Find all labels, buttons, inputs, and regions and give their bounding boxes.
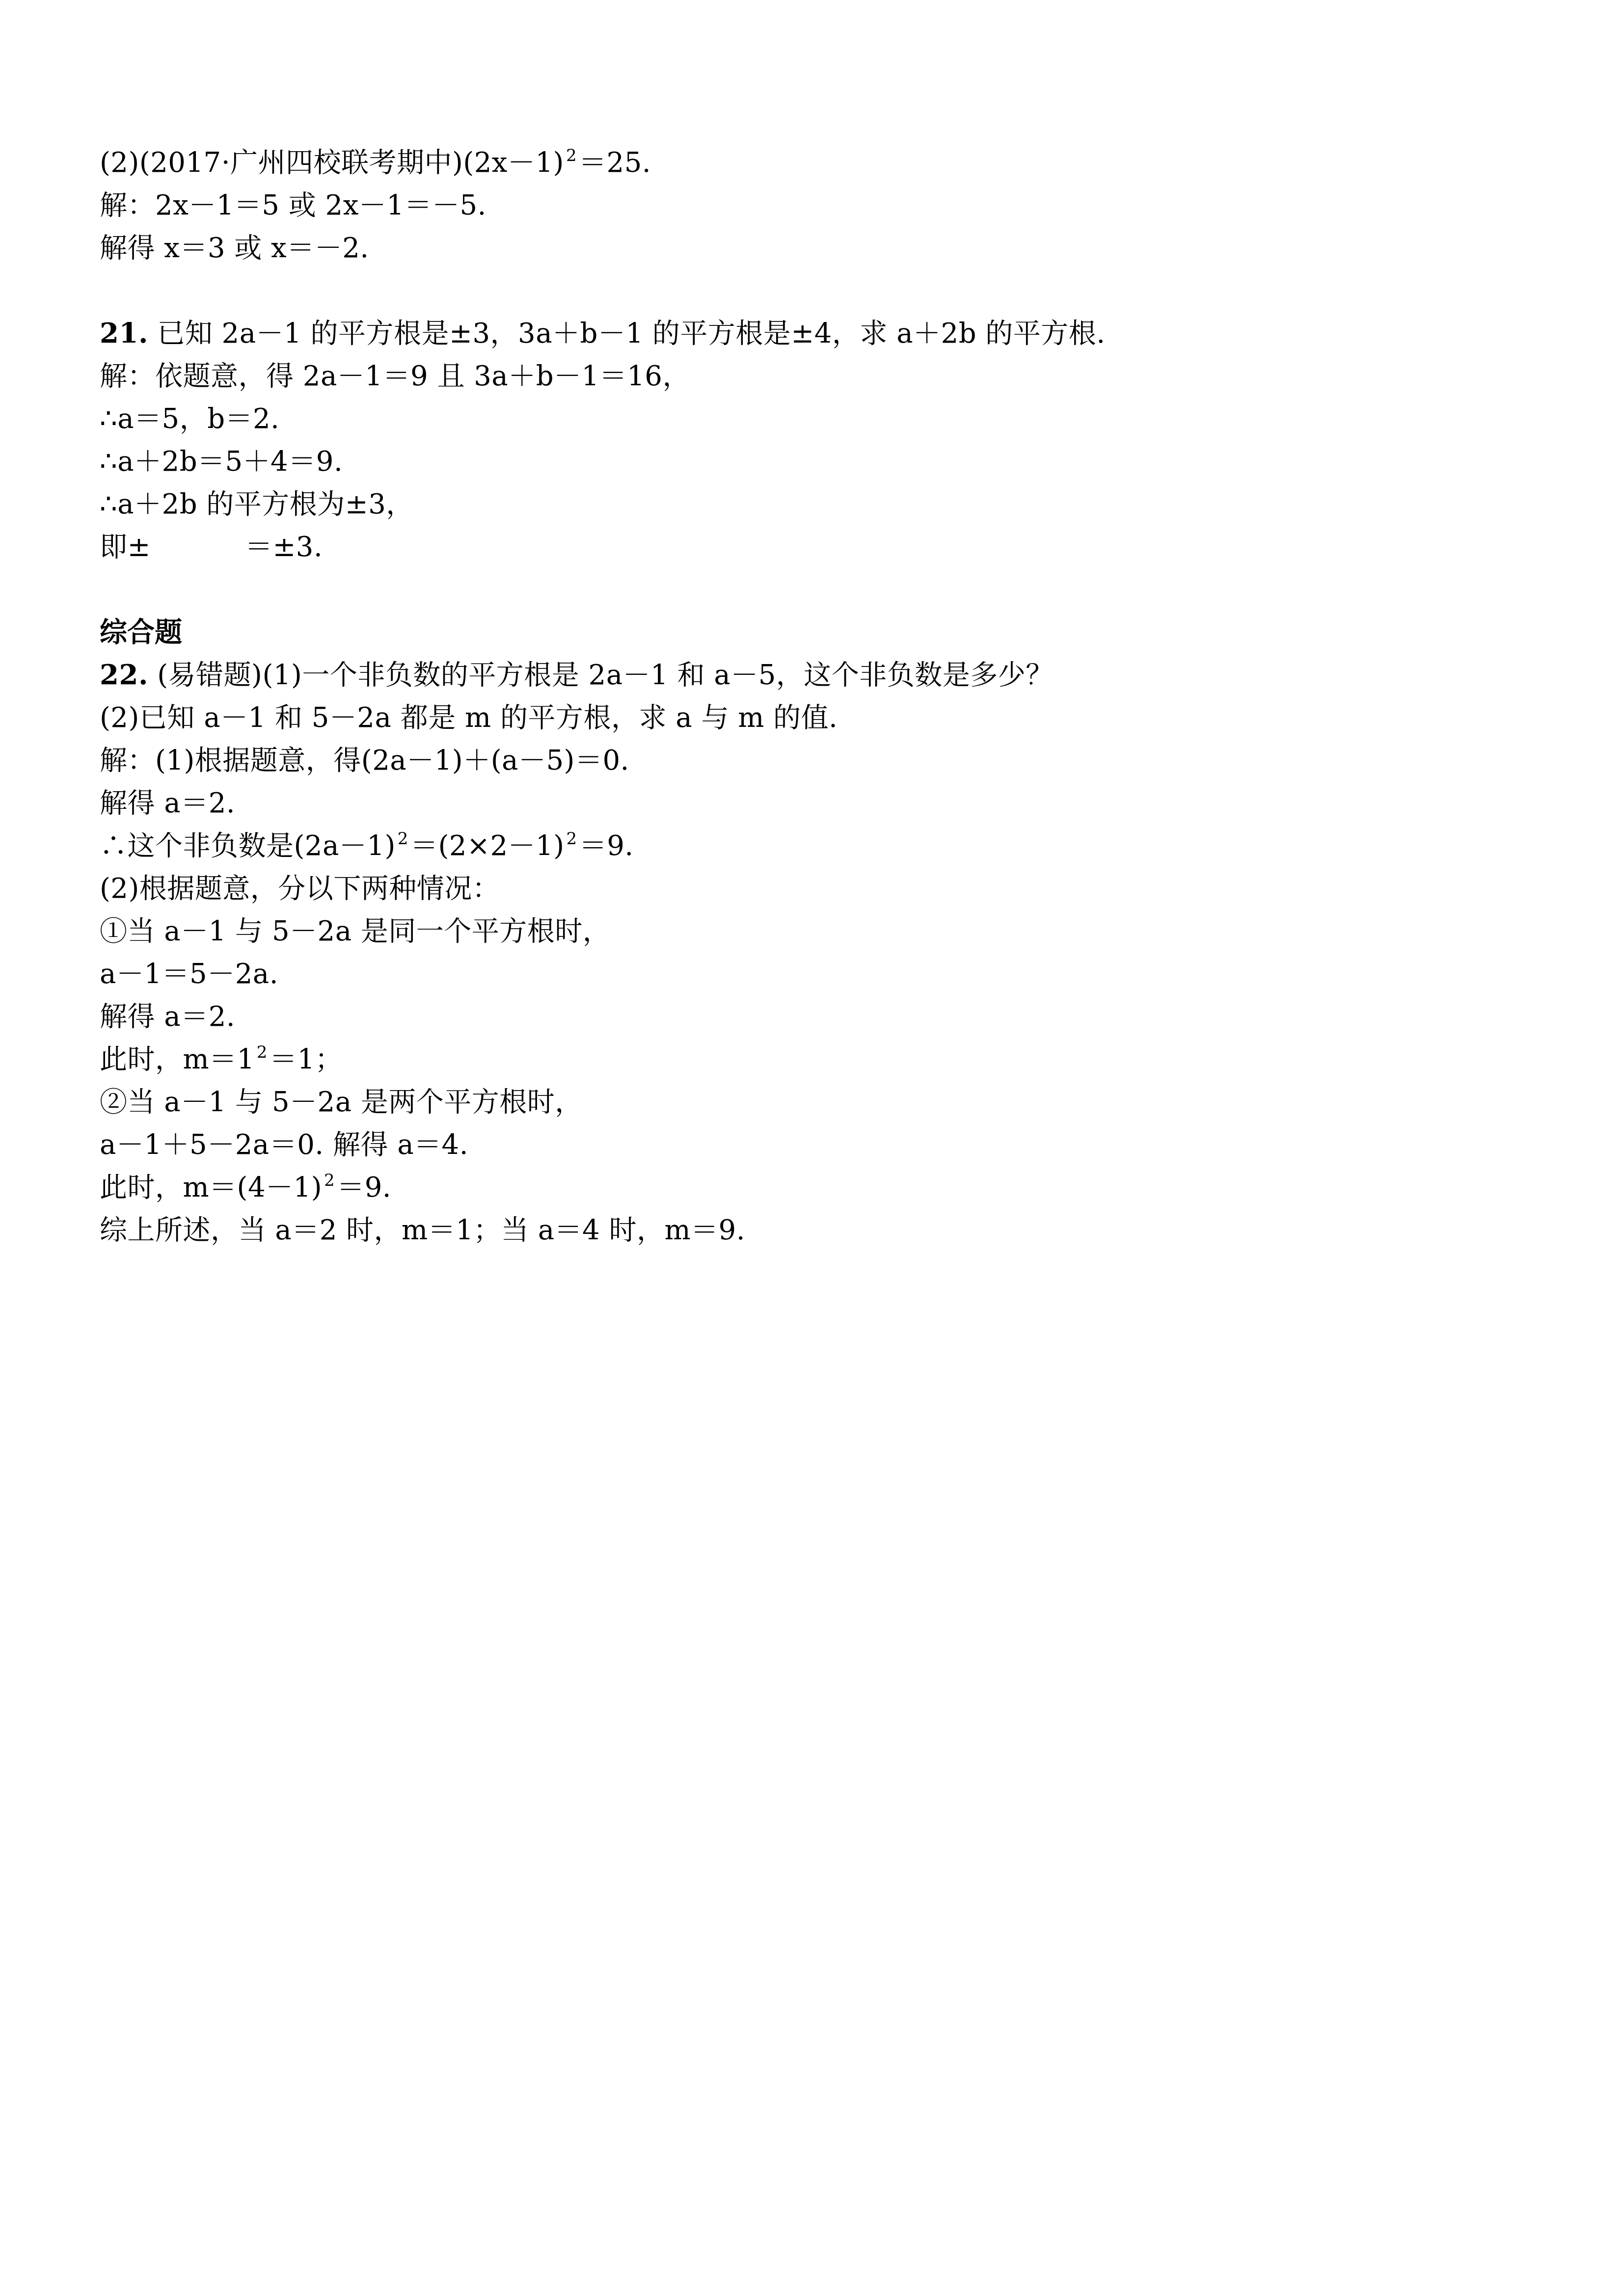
equation-text: ＝(2×2－1) (410, 830, 565, 862)
spacer (100, 568, 1523, 611)
equation-text: 此时，m＝1 (100, 1043, 255, 1075)
exponent: 2 (396, 829, 410, 849)
solution-line: 解得 x＝3 或 x＝－2. (100, 227, 1523, 269)
document-page: (2)(2017·广州四校联考期中)(2x－1)2＝25. 解：2x－1＝5 或… (0, 0, 1624, 2296)
final-pre: 即± (100, 531, 151, 563)
case-1-line: a－1＝5－2a. (100, 953, 1523, 995)
equation-text: (2)(2017·广州四校联考期中)(2x－1) (100, 147, 564, 179)
equation-text: ＝1； (270, 1043, 343, 1075)
equation-text: ＝9. (579, 830, 634, 862)
exponent: 2 (322, 1171, 337, 1190)
solution-line: ∴a＋2b 的平方根为±3， (100, 483, 1523, 526)
solution-line: ∴a＝5，b＝2. (100, 398, 1523, 440)
solution-line: 解得 a＝2. (100, 782, 1523, 825)
exponent: 2 (255, 1042, 270, 1062)
spacer (100, 269, 1523, 312)
case-2-line: a－1＋5－2a＝0. 解得 a＝4. (100, 1123, 1523, 1166)
problem-21-statement: 21. 已知 2a－1 的平方根是±3，3a＋b－1 的平方根是±4，求 a＋2… (100, 312, 1523, 355)
exponent: 2 (565, 829, 579, 849)
equation-text: 此时，m＝(4－1) (100, 1172, 322, 1203)
solution-line: ∴这个非负数是(2a－1)2＝(2×2－1)2＝9. (100, 825, 1523, 867)
equation-text: ＝9. (337, 1172, 391, 1203)
case-2-line: ②当 a－1 与 5－2a 是两个平方根时， (100, 1081, 1523, 1123)
problem-number: 22. (100, 659, 148, 691)
problem-text: (易错题)(1)一个非负数的平方根是 2a－1 和 a－5，这个非负数是多少？ (148, 659, 1054, 691)
case-1-line: ①当 a－1 与 5－2a 是同一个平方根时， (100, 910, 1523, 953)
equation-text: ＝25. (579, 147, 651, 179)
problem-number: 21. (100, 317, 148, 349)
equation-text: ∴这个非负数是(2a－1) (100, 830, 396, 862)
document-content: (2)(2017·广州四校联考期中)(2x－1)2＝25. 解：2x－1＝5 或… (100, 141, 1523, 1252)
problem-22-statement: 22. (易错题)(1)一个非负数的平方根是 2a－1 和 a－5，这个非负数是… (100, 654, 1523, 696)
solution-final-line: 即±＝±3. (100, 526, 1523, 568)
final-post: ＝±3. (245, 531, 323, 563)
exponent: 2 (564, 146, 579, 165)
case-1-line: 解得 a＝2. (100, 995, 1523, 1038)
problem-22-part2: (2)已知 a－1 和 5－2a 都是 m 的平方根，求 a 与 m 的值. (100, 696, 1523, 739)
solution-line: 解：2x－1＝5 或 2x－1＝－5. (100, 184, 1523, 227)
case-2-line: 此时，m＝(4－1)2＝9. (100, 1166, 1523, 1209)
solution-line: 解：依题意，得 2a－1＝9 且 3a＋b－1＝16， (100, 355, 1523, 398)
conclusion-line: 综上所述，当 a＝2 时，m＝1；当 a＝4 时，m＝9. (100, 1209, 1523, 1252)
problem-20-part2-statement: (2)(2017·广州四校联考期中)(2x－1)2＝25. (100, 141, 1523, 184)
section-title: 综合题 (100, 611, 1523, 654)
problem-text: 已知 2a－1 的平方根是±3，3a＋b－1 的平方根是±4，求 a＋2b 的平… (148, 318, 1106, 349)
solution-line: ∴a＋2b＝5＋4＝9. (100, 440, 1523, 483)
missing-sqrt-image (151, 551, 245, 556)
solution-line: 解：(1)根据题意，得(2a－1)＋(a－5)＝0. (100, 739, 1523, 782)
solution-line: (2)根据题意，分以下两种情况： (100, 867, 1523, 910)
case-1-line: 此时，m＝12＝1； (100, 1038, 1523, 1081)
